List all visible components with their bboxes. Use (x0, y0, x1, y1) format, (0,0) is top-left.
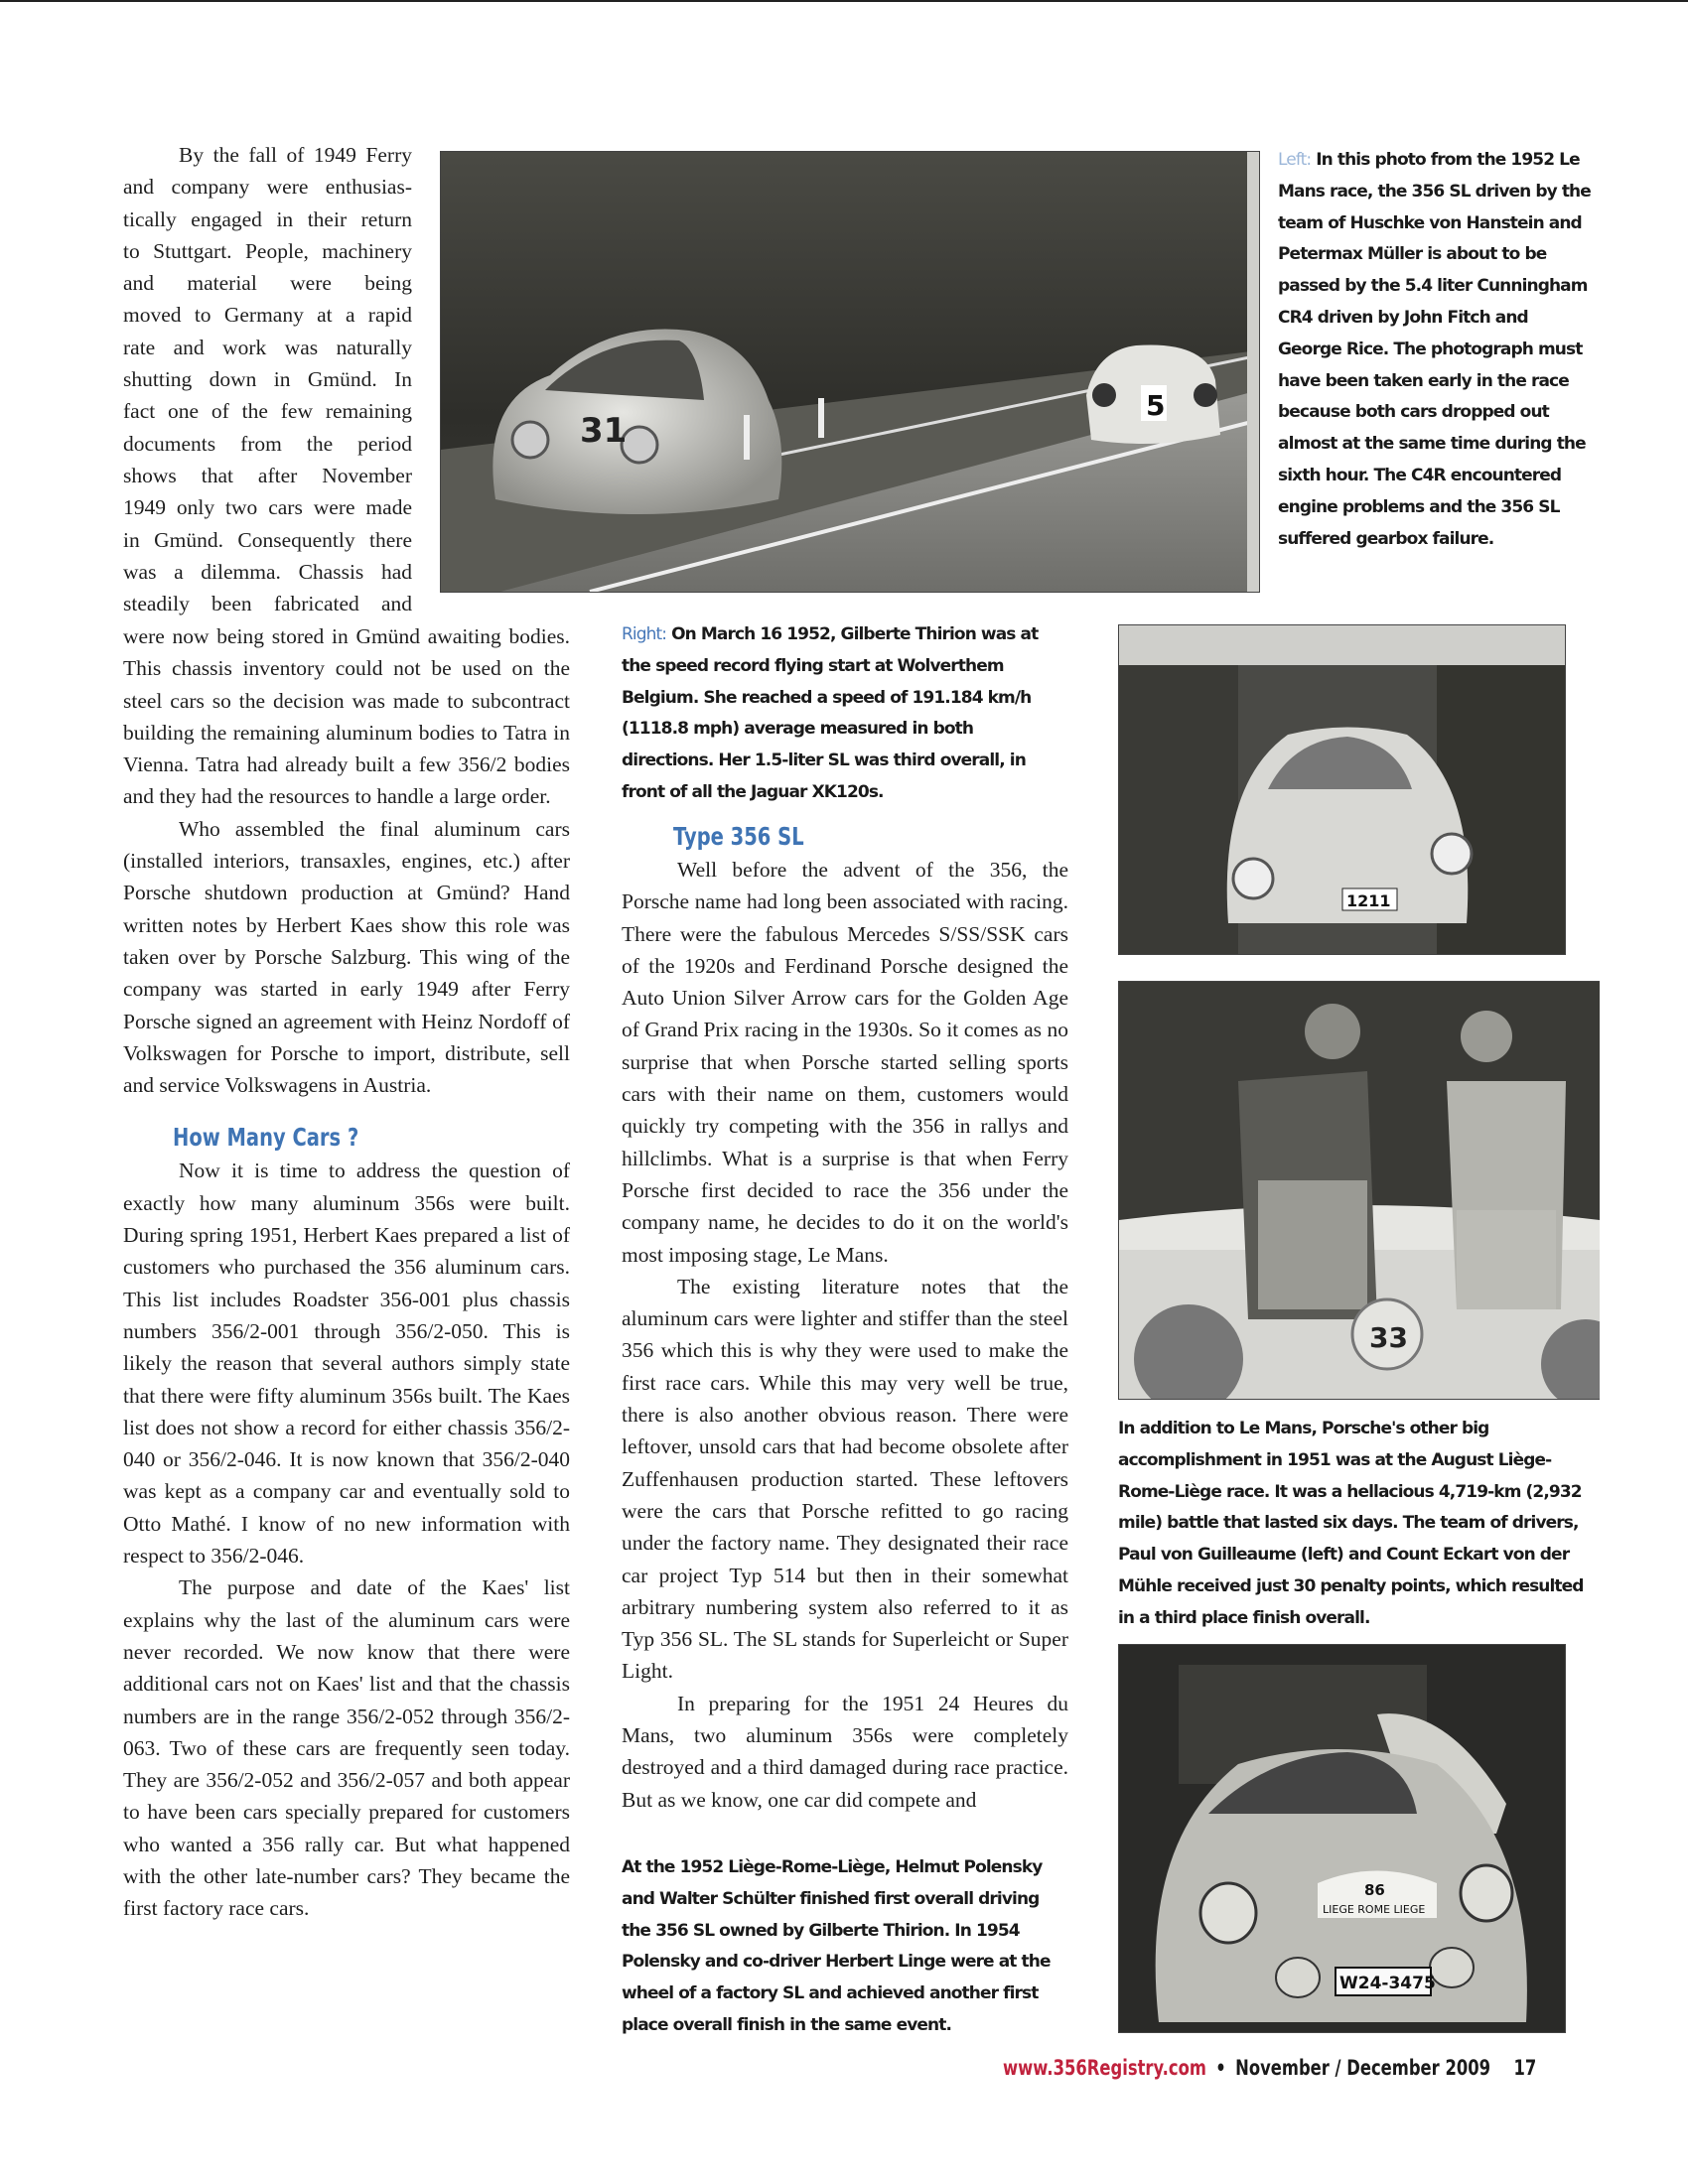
caption-text: In addition to Le Mans, Porsche's other … (1118, 1414, 1585, 1635)
paragraph: In preparing for the 1951 24 Heures du M… (622, 1688, 1068, 1816)
cunningham-race-car: 5 (1086, 344, 1220, 444)
intro-line: 1949 only two cars were made (123, 491, 412, 523)
intro-line: to Stuttgart. People, machinery (123, 235, 412, 267)
caption-text: On March 16 1952, Gilberte Thirion was a… (622, 624, 1038, 802)
intro-line: moved to Germany at a rapid (123, 299, 412, 331)
footer-url-link[interactable]: www.356Registry.com (1003, 2056, 1206, 2080)
photo-liege-1951-drivers: 33 (1118, 981, 1600, 1400)
caption-lead-left: Left: (1278, 150, 1311, 170)
caption-text: In this photo from the 1952 Le Mans race… (1278, 150, 1591, 549)
page-top-rule (0, 0, 1688, 2)
intro-line: and material were being (123, 267, 412, 299)
page-footer: www.356Registry.com•November / December … (1003, 2056, 1536, 2080)
caption-lead-right: Right: (622, 624, 666, 644)
intro-line: steadily been fabricated and (123, 588, 412, 619)
intro-line: tically engaged in their return (123, 204, 412, 235)
intro-line: documents from the period (123, 428, 412, 460)
photo-le-mans-1952: 31 5 (440, 151, 1260, 593)
caption-thirion: Right: On March 16 1952, Gilberte Thirio… (622, 619, 1066, 809)
photo-thirion-speed-record: 1211 (1118, 624, 1566, 955)
caption-text: At the 1952 Liège-Rome-Liège, Helmut Pol… (622, 1852, 1066, 2042)
page-number: 17 (1513, 2056, 1536, 2080)
svg-text:W24-3475: W24-3475 (1339, 1974, 1436, 1993)
paragraph: Now it is time to address the question o… (123, 1155, 570, 1571)
svg-text:5: 5 (1146, 389, 1165, 422)
svg-text:LIEGE ROME LIEGE: LIEGE ROME LIEGE (1323, 1903, 1425, 1916)
intro-narrow-lines: By the fall of 1949 Ferryand company wer… (123, 139, 412, 619)
intro-line: and company were enthusias- (123, 171, 412, 203)
paragraph: The purpose and date of the Kaes' list e… (123, 1571, 570, 1924)
intro-line: By the fall of 1949 Ferry (123, 139, 412, 171)
svg-text:1211: 1211 (1346, 891, 1391, 910)
section-heading-how-many-cars: How Many Cars ? (173, 1121, 483, 1155)
intro-line: shows that after November (123, 460, 412, 491)
intro-line: fact one of the few remaining (123, 395, 412, 427)
left-column-intro: By the fall of 1949 Ferryand company wer… (123, 139, 412, 619)
svg-text:86: 86 (1364, 1881, 1385, 1899)
paragraph: Who assembled the final aluminum cars (i… (123, 813, 570, 1102)
caption-le-mans: Left: In this photo from the 1952 Le Man… (1278, 145, 1596, 555)
middle-column-body: Type 356 SL Well before the advent of th… (622, 820, 1068, 1816)
paragraph: Well before the advent of the 356, the P… (622, 854, 1068, 1271)
section-heading-type-356-sl: Type 356 SL (673, 820, 981, 854)
svg-text:33: 33 (1369, 1321, 1408, 1354)
intro-continued: were now being stored in Gmünd awaiting … (123, 620, 570, 813)
footer-issue: November / December 2009 (1235, 2056, 1490, 2080)
svg-text:31: 31 (580, 411, 627, 451)
caption-liege-1952: At the 1952 Liège-Rome-Liège, Helmut Pol… (622, 1852, 1066, 2042)
left-column-body: were now being stored in Gmünd awaiting … (123, 620, 570, 1925)
caption-liege-1951: In addition to Le Mans, Porsche's other … (1118, 1414, 1585, 1635)
intro-line: was a dilemma. Chassis had (123, 556, 412, 588)
intro-line: rate and work was naturally (123, 332, 412, 363)
paragraph: The existing literature notes that the a… (622, 1271, 1068, 1688)
footer-separator: • (1215, 2056, 1225, 2080)
photo-liege-1952-car: 86 LIEGE ROME LIEGE W24-3475 (1118, 1644, 1566, 2033)
intro-line: in Gmünd. Consequently there (123, 524, 412, 556)
intro-line: shutting down in Gmünd. In (123, 363, 412, 395)
